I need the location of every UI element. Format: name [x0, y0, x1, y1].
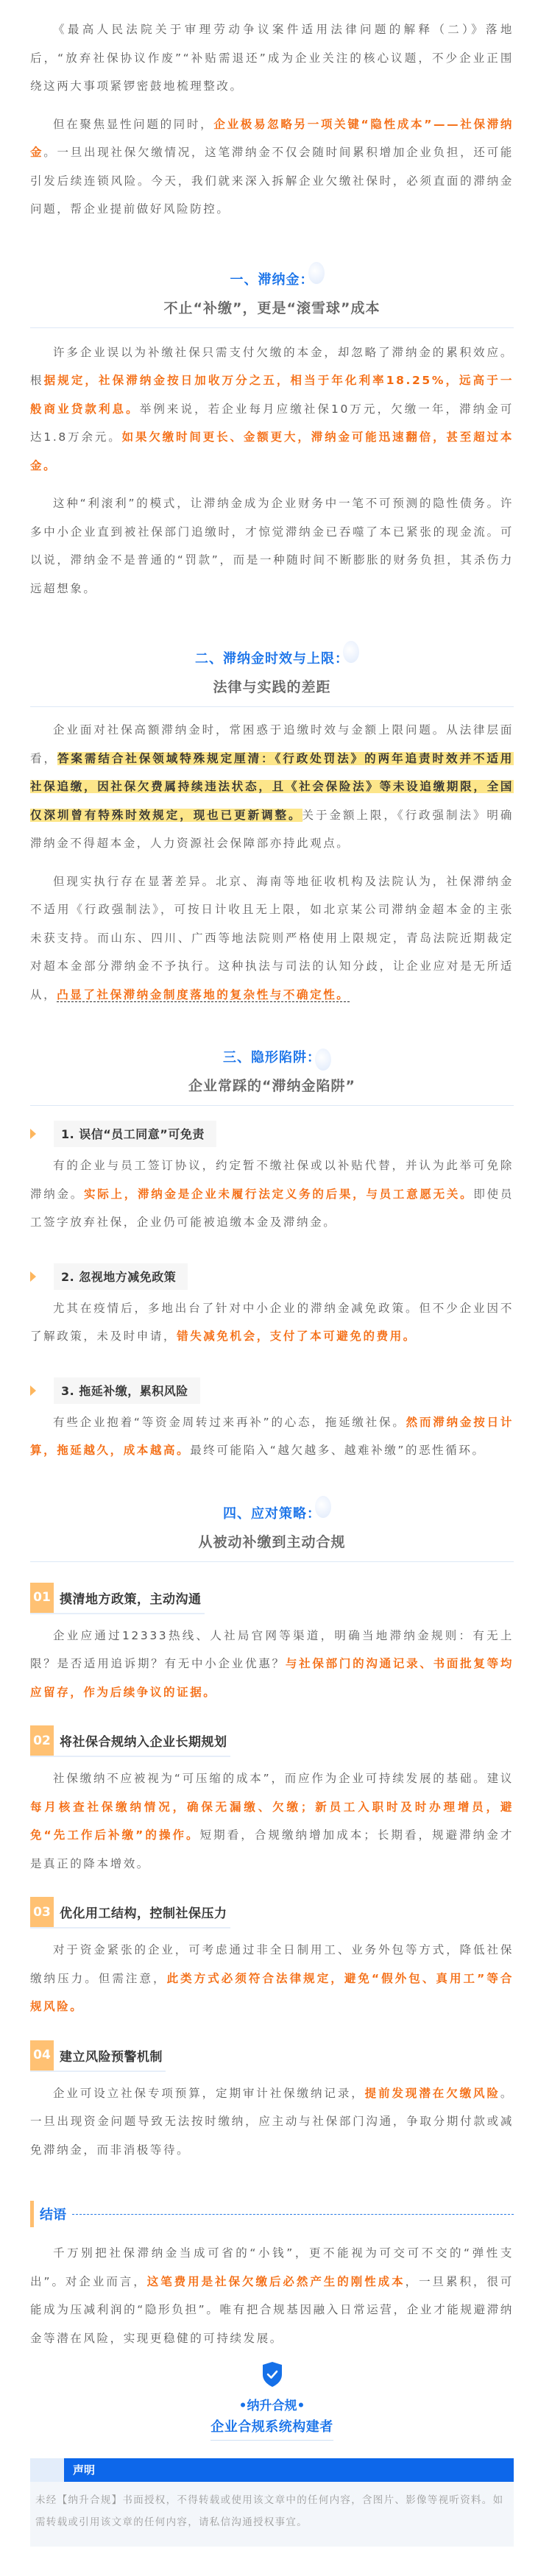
underlined-highlight-text: 凸显了社保滞纳金制度落地的复杂性与不确定性。 [57, 988, 350, 1002]
paragraph: 有些企业抱着“等资金周转过来再补”的心态，拖延缴社保。然而滞纳金按日计算，拖延越… [30, 1408, 514, 1465]
section-1-header: 一、滞纳金： 不止“补缴”，更是“滚雪球”成本 [30, 269, 514, 328]
intro-paragraph-2: 但在聚焦显性问题的同时，企业极易忽略另一项关键“隐性成本”——社保滞纳金。一旦出… [30, 110, 514, 224]
conclusion-title: 结语 [40, 2204, 66, 2224]
divider [30, 706, 514, 707]
bubble-decoration-icon [343, 641, 359, 663]
triangle-bullet-icon [30, 1385, 36, 1396]
paragraph: 这种“利滚利”的模式，让滞纳金成为企业财务中一笔不可预测的隐性债务。许多中小企业… [30, 489, 514, 603]
bubble-decoration-icon [308, 262, 325, 284]
triangle-bullet-icon [30, 1129, 36, 1139]
paragraph: 有的企业与员工签订协议，约定暂不缴社保或以补贴代替，并认为此举可免除滞纳金。实际… [30, 1152, 514, 1237]
section-title: 一、滞纳金： [230, 269, 314, 288]
divider [30, 327, 514, 328]
paragraph: 但现实执行存在显著差异。北京、海南等地征收机构及法院认为，社保滞纳金不适用《行政… [30, 867, 514, 1010]
text: 。一旦出现社保欠缴情况，这笔滞纳金不仅会随时间累积增加企业负担，还可能引发后续连… [30, 146, 514, 216]
bubble-decoration-icon [315, 1049, 331, 1071]
paragraph: 许多企业误以为补缴社保只需支付欠缴的本金，却忽略了滞纳金的累积效应。根据规定，社… [30, 338, 514, 480]
trap-label: 3. 拖延补缴，累积风险 [54, 1377, 200, 1404]
step-label: 优化用工结构，控制社保压力 [54, 1897, 230, 1927]
section-4-header: 四、应对策略： 从被动补缴到主动合规 [30, 1503, 514, 1562]
strategy-heading-04: 04 建立风险预警机制 [30, 2040, 166, 2072]
intro-paragraph-1: 《最高人民法院关于审理劳动争议案件适用法律问题的解释（二）》落地后，“放弃社保协… [30, 15, 514, 101]
section-title-text: 一、滞纳金： [230, 272, 314, 288]
highlight-text: 这笔费用是社保欠缴后必然产生的刚性成本 [147, 2275, 406, 2288]
text: 这种“利滚利”的模式，让滞纳金成为企业财务中一笔不可预测的隐性债务。许多中小企业… [30, 497, 514, 595]
text: 社保缴纳不应被视为“可压缩的成本”，而应作为企业可持续发展的基础。建议 [53, 1772, 514, 1785]
dashed-divider [72, 2214, 514, 2215]
text: 企业可设立社保专项预算，定期审计社保缴纳记录， [53, 2087, 365, 2100]
section-title-text: 三、隐形陷阱： [223, 1050, 321, 1065]
paragraph: 尤其在疫情后，多地出台了针对中小企业的滞纳金减免政策。但不少企业因不了解政策，未… [30, 1294, 514, 1351]
brand-name: •纳升合规• [30, 2395, 514, 2413]
declaration-body: 未经【纳升合规】书面授权，不得转载或使用该文章中的任何内容，含图片、影像等视听资… [30, 2482, 514, 2547]
highlight-text: 实际上，滞纳金是企业未履行法定义务的后果，与员工意愿无关。 [84, 1188, 473, 1201]
section-title: 四、应对策略： [223, 1503, 321, 1522]
strategy-heading-03: 03 优化用工结构，控制社保压力 [30, 1897, 230, 1929]
section-subtitle: 法律与实践的差距 [30, 676, 514, 696]
text: 最终可能陷入“越欠越多、越难补缴”的恶性循环。 [190, 1444, 485, 1457]
section-title-text: 二、滞纳金时效与上限： [195, 651, 349, 667]
intro-text-1: 《最高人民法院关于审理劳动争议案件适用法律问题的解释（二）》落地后，“放弃社保协… [30, 23, 514, 93]
strategy-heading-01: 01 摸清地方政策，主动沟通 [30, 1583, 205, 1614]
highlight-text: 提前发现潜在欠缴风险 [365, 2087, 500, 2100]
brand-slogan: 企业合规系统构建者 [210, 2416, 333, 2441]
step-number-badge: 04 [30, 2040, 54, 2071]
shield-check-icon [261, 2361, 283, 2391]
paragraph: 企业可设立社保专项预算，定期审计社保缴纳记录，提前发现潜在欠缴风险。一旦出现资金… [30, 2079, 514, 2165]
conclusion-header: 结语 [30, 2201, 514, 2227]
conclusion-paragraph: 千万别把社保滞纳金当成可省的“小钱”，更不能视为可交可不交的“弹性支出”。对企业… [30, 2239, 514, 2352]
declaration-accent [30, 2458, 64, 2482]
trap-label: 2. 忽视地方减免政策 [54, 1263, 188, 1290]
paragraph: 企业应通过12333热线、人社局官网等渠道，明确当地滞纳金规则：有无上限？是否适… [30, 1622, 514, 1707]
trap-label: 1. 误信“员工同意”可免责 [54, 1121, 216, 1147]
section-subtitle: 企业常踩的“滞纳金陷阱” [30, 1075, 514, 1095]
text: 但现实执行存在显著差异。北京、海南等地征收机构及法院认为，社保滞纳金不适用《行政… [30, 875, 514, 1001]
section-title-text: 四、应对策略： [223, 1506, 321, 1522]
trap-heading-1: 1. 误信“员工同意”可免责 [30, 1121, 514, 1147]
section-2-header: 二、滞纳金时效与上限： 法律与实践的差距 [30, 648, 514, 707]
section-title: 三、隐形陷阱： [223, 1047, 321, 1066]
step-label: 将社保合规纳入企业长期规划 [54, 1725, 230, 1756]
declaration-header: 声明 [30, 2458, 514, 2482]
section-subtitle: 不止“补缴”，更是“滚雪球”成本 [30, 297, 514, 317]
step-label: 摸清地方政策，主动沟通 [54, 1583, 205, 1613]
divider [30, 1105, 514, 1106]
section-title: 二、滞纳金时效与上限： [195, 648, 349, 667]
step-label: 建立风险预警机制 [54, 2040, 166, 2071]
triangle-bullet-icon [30, 1271, 36, 1282]
declaration-title: 声明 [64, 2458, 514, 2482]
text: 有些企业抱着“等资金周转过来再补”的心态，拖延缴社保。 [53, 1416, 406, 1429]
step-number-badge: 01 [30, 1583, 54, 1613]
trap-heading-3: 3. 拖延补缴，累积风险 [30, 1377, 514, 1404]
section-3-header: 三、隐形陷阱： 企业常踩的“滞纳金陷阱” [30, 1047, 514, 1106]
section-subtitle: 从被动补缴到主动合规 [30, 1531, 514, 1551]
paragraph: 企业面对社保高额滞纳金时，常困惑于追缴时效与金额上限问题。从法律层面看，答案需结… [30, 716, 514, 858]
article: 《最高人民法院关于审理劳动争议案件适用法律问题的解释（二）》落地后，“放弃社保协… [0, 0, 538, 2576]
bubble-decoration-icon [315, 1496, 331, 1518]
paragraph: 对于资金紧张的企业，可考虑通过非全日制用工、业务外包等方式，降低社保缴纳压力。但… [30, 1936, 514, 2021]
brand-block: •纳升合规• 企业合规系统构建者 [30, 2361, 514, 2441]
highlight-text: 错失减免机会，支付了本可避免的费用。 [177, 1330, 417, 1343]
step-number-badge: 03 [30, 1897, 54, 1927]
accent-bar [30, 2201, 34, 2227]
paragraph: 社保缴纳不应被视为“可压缩的成本”，而应作为企业可持续发展的基础。建议每月核查社… [30, 1764, 514, 1878]
strategy-heading-02: 02 将社保合规纳入企业长期规划 [30, 1725, 230, 1757]
divider [30, 1561, 514, 1562]
trap-heading-2: 2. 忽视地方减免政策 [30, 1263, 514, 1290]
step-number-badge: 02 [30, 1725, 54, 1756]
text: 但在聚焦显性问题的同时， [53, 118, 213, 131]
